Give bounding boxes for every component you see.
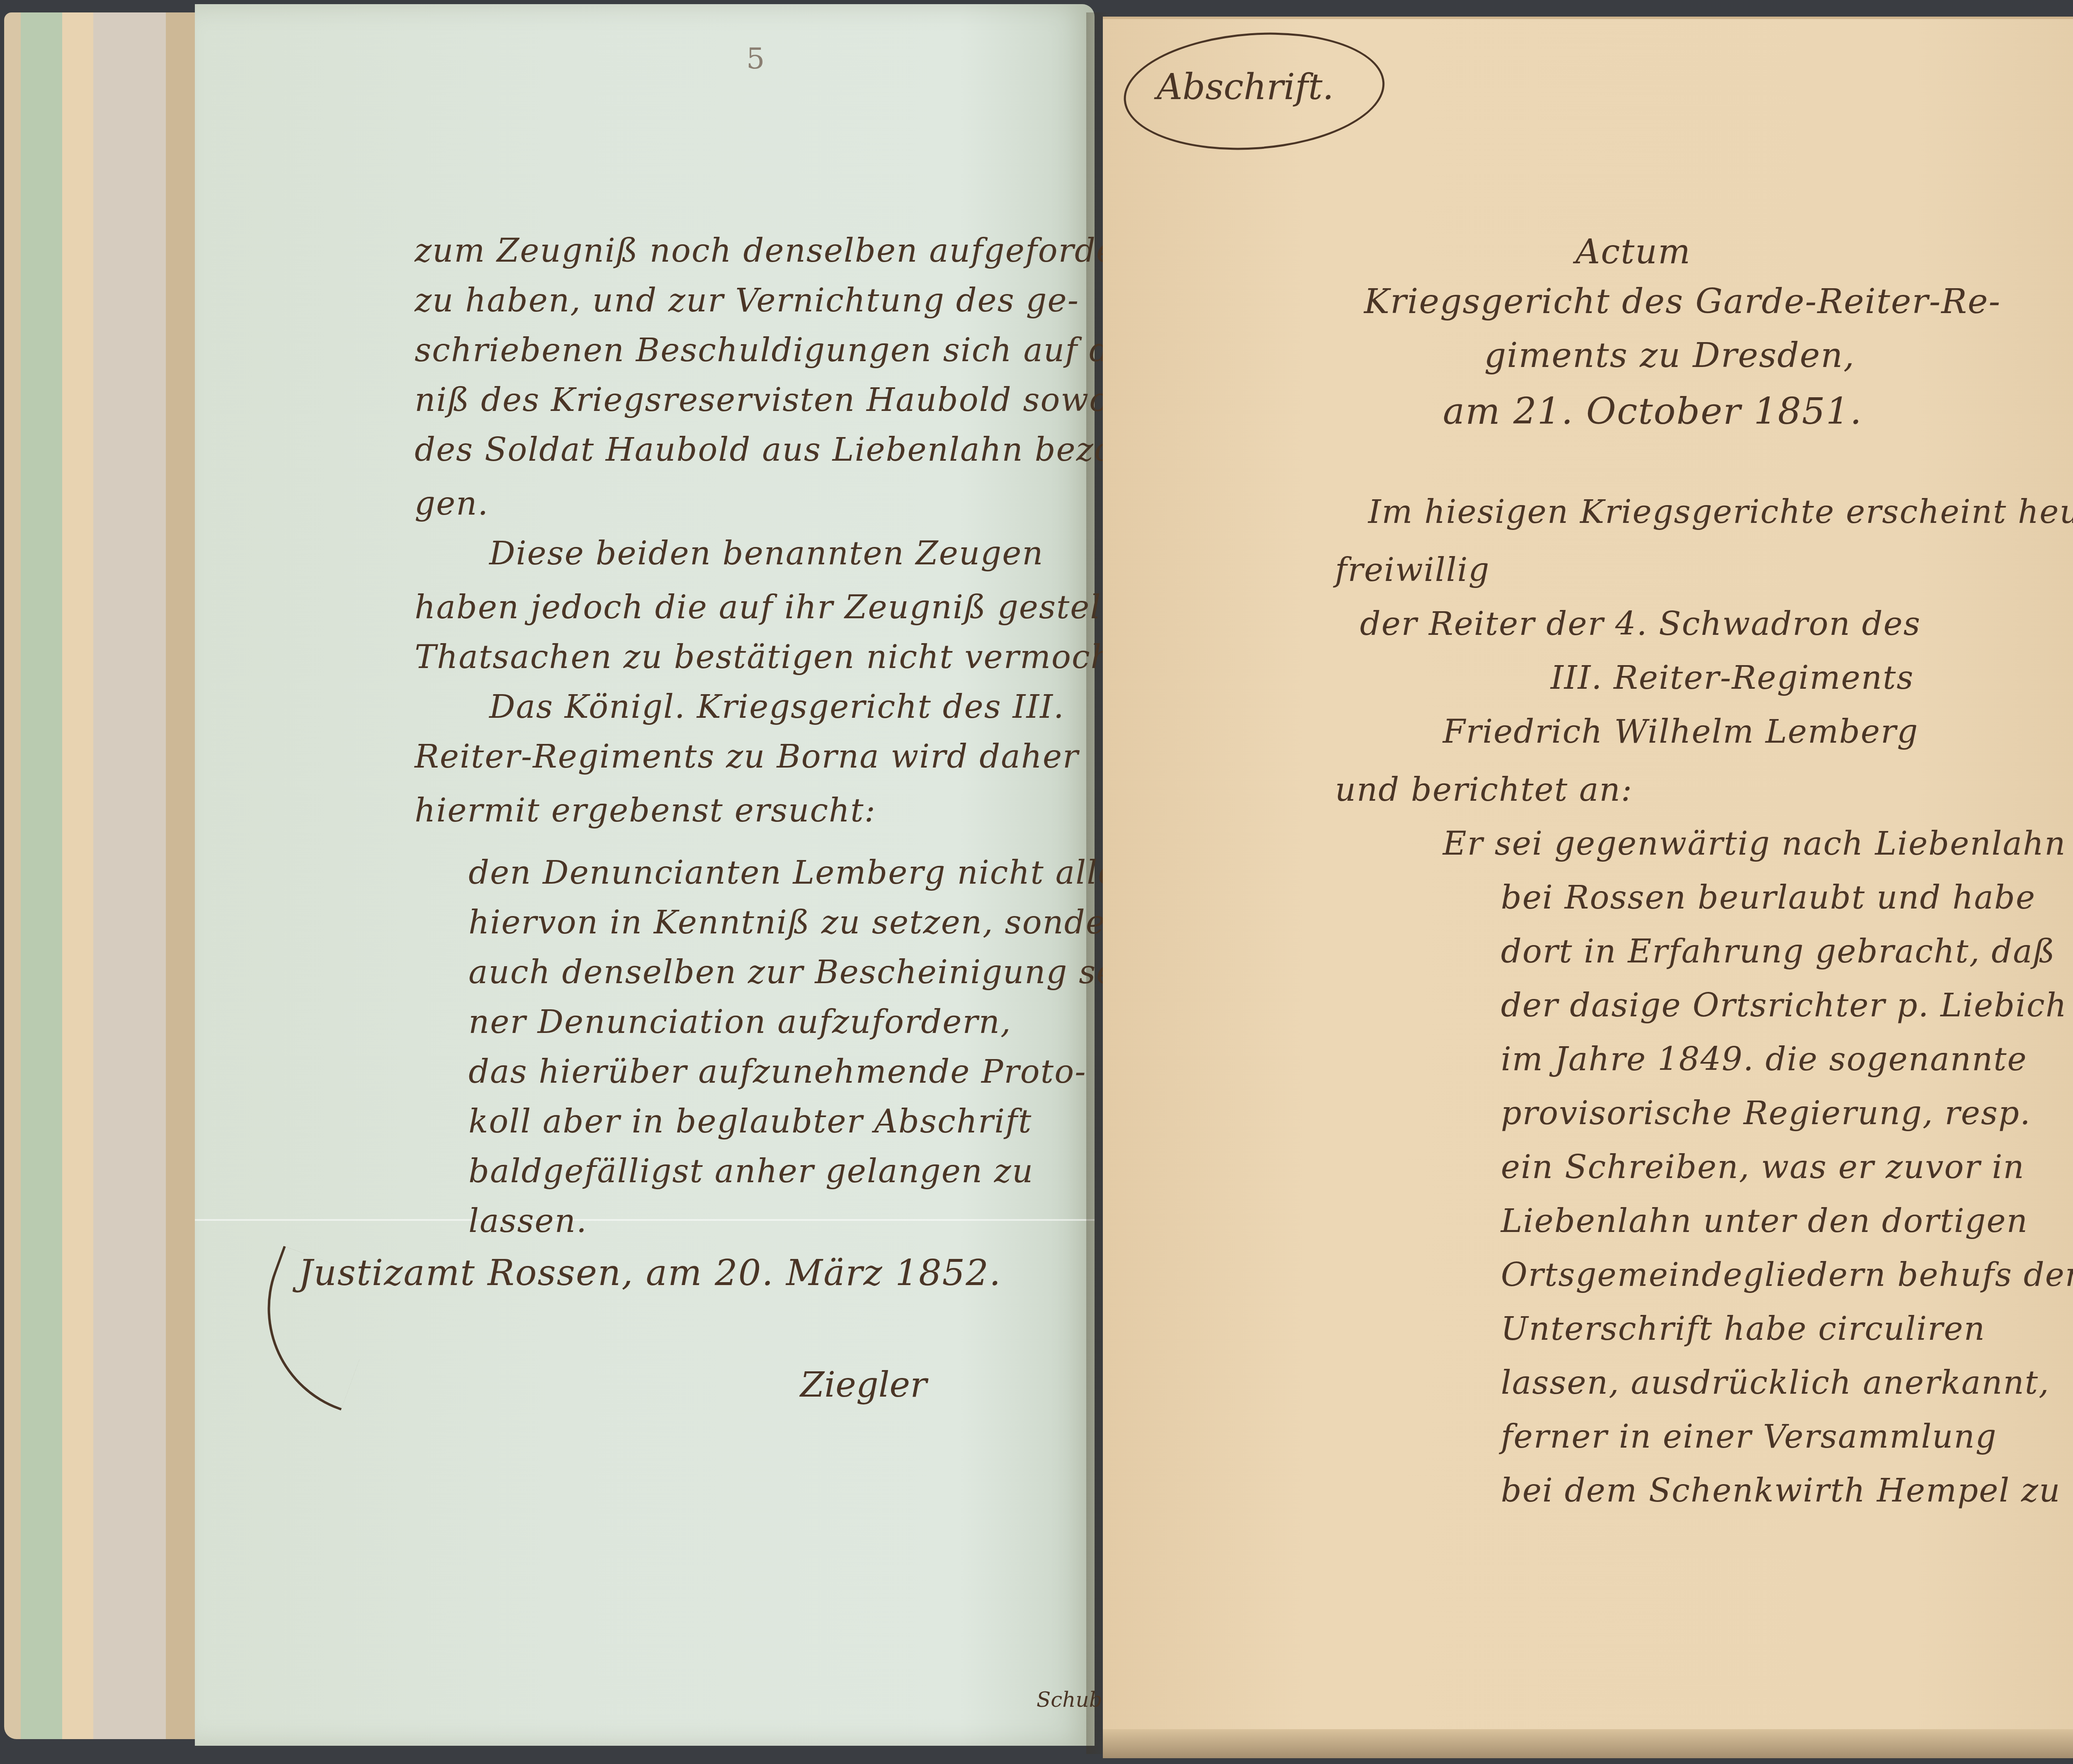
text-line: Friedrich Wilhelm Lemberg	[1443, 713, 1918, 751]
page-edge-stack	[21, 12, 66, 1739]
text-line: auch denselben zur Bescheinigung sei-	[468, 954, 1139, 991]
text-line: ein Schreiben, was er zuvor in	[1501, 1149, 2025, 1186]
heading-line: Kriegsgericht des Garde-Reiter-Re-	[1364, 282, 2001, 321]
text-line: gen.	[415, 485, 489, 522]
text-line: Unterschrift habe circuliren	[1501, 1310, 1986, 1348]
signature: Ziegler	[800, 1364, 927, 1405]
text-line: hiervon in Kenntniß zu setzen, sondern	[468, 904, 1143, 941]
copy-stamp-label: Abschrift.	[1157, 66, 1334, 108]
text-line: hiermit ergebenst ersucht:	[415, 792, 876, 829]
text-line: Diese beiden benannten Zeugen	[489, 535, 1044, 572]
page-edge-stack	[166, 12, 195, 1739]
text-line: Er sei gegenwärtig nach Liebenlahn	[1443, 825, 2066, 863]
heading-line: Actum	[1575, 232, 1691, 272]
text-line: dort in Erfahrung gebracht, daß	[1501, 933, 2056, 970]
text-line: Im hiesigen Kriegsgerichte erscheint heu…	[1368, 493, 2073, 531]
text-line: im Jahre 1849. die sogenannte	[1501, 1041, 2027, 1078]
text-line: der Reiter der 4. Schwadron des	[1360, 605, 1921, 643]
text-line: Thatsachen zu bestätigen nicht vermocht.	[415, 639, 1137, 676]
text-line: bei dem Schenkwirth Hempel zu	[1501, 1472, 2061, 1509]
open-manuscript-book: 5 zum Zeugniß noch denselben aufgeforder…	[0, 0, 2073, 1764]
text-line: freiwillig	[1335, 552, 1490, 589]
text-line: den Denuncianten Lemberg nicht allein	[468, 854, 1151, 892]
text-line: provisorische Regierung, resp.	[1501, 1095, 2031, 1132]
text-line: lassen, ausdrücklich anerkannt,	[1501, 1364, 2050, 1402]
paper-fold-line	[195, 1219, 1095, 1221]
text-line: des Soldat Haubold aus Liebenlahn bezo-	[415, 431, 1126, 469]
heading-line: am 21. October 1851.	[1443, 390, 1862, 432]
page-edge-stack	[93, 12, 168, 1739]
text-line: lassen.	[468, 1203, 587, 1240]
text-line: III. Reiter-Regiments	[1551, 659, 1914, 697]
text-line: zum Zeugniß noch denselben aufgefordert	[415, 232, 1146, 270]
text-line: Reiter-Regiments zu Borna wird daher	[415, 738, 1079, 775]
text-line: Ortsgemeindegliedern behufs deren	[1501, 1256, 2073, 1294]
text-line: Liebenlahn unter den dortigen	[1501, 1203, 2028, 1240]
text-line: das hierüber aufzunehmende Proto-	[468, 1053, 1087, 1091]
text-line: koll aber in beglaubter Abschrift	[468, 1103, 1032, 1140]
text-line: der dasige Ortsrichter p. Liebich	[1501, 987, 2067, 1024]
text-line: und berichtet an:	[1335, 771, 1633, 809]
text-line: ner Denunciation aufzufordern,	[468, 1003, 1012, 1041]
text-line: ferner in einer Versammlung	[1501, 1418, 1997, 1455]
text-line: haben jedoch die auf ihr Zeugniß gestell…	[415, 589, 1168, 626]
page-edge-stack	[62, 12, 95, 1739]
text-line: zu haben, und zur Vernichtung des ge-	[415, 282, 1079, 319]
pencil-page-mark: 5	[746, 41, 765, 75]
heading-line: giments zu Dresden,	[1484, 336, 1855, 375]
page-edge-stack	[1103, 1729, 2073, 1758]
text-line: Das Königl. Kriegsgericht des III.	[489, 688, 1065, 726]
closing-line: Justizamt Rossen, am 20. März 1852.	[299, 1252, 1001, 1294]
text-line: baldgefälligst anher gelangen zu	[468, 1153, 1034, 1190]
text-line: bei Rossen beurlaubt und habe	[1501, 879, 2036, 916]
